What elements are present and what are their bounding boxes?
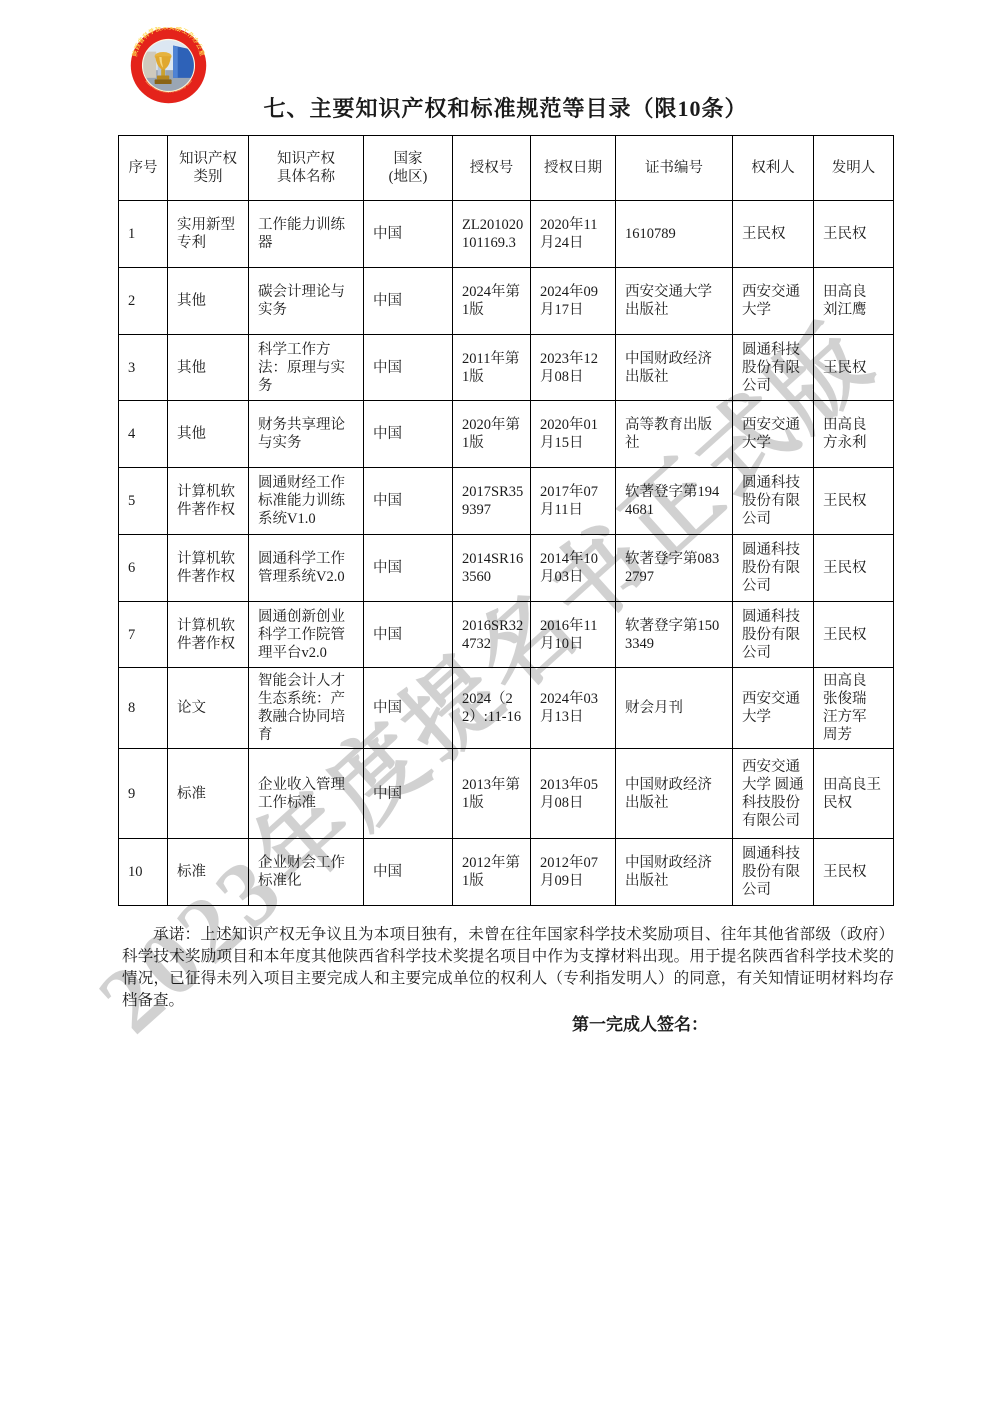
table-cell: 5 — [119, 468, 168, 535]
table-cell: 圆通科技股份有限公司 — [733, 468, 814, 535]
table-cell: 2017年07月11日 — [531, 468, 616, 535]
table-header-cell: 发明人 — [814, 136, 894, 201]
table-cell: 中国 — [364, 602, 453, 668]
table-cell: 王民权 — [814, 201, 894, 268]
table-cell: 1 — [119, 201, 168, 268]
table-cell: 2013年第1版 — [453, 749, 531, 839]
table-cell: 中国 — [364, 749, 453, 839]
table-cell: ZL201020101169.3 — [453, 201, 531, 268]
table-row: 2其他碳会计理论与实务中国2024年第1版2024年09月17日西安交通大学出版… — [119, 268, 894, 335]
table-cell: 圆通财经工作标准能力训练系统V1.0 — [249, 468, 364, 535]
table-header-row: 序号知识产权 类别知识产权 具体名称国家 (地区)授权号授权日期证书编号权利人发… — [119, 136, 894, 201]
table-row: 9标准企业收入管理工作标准中国2013年第1版2013年05月08日中国财政经济… — [119, 749, 894, 839]
table-cell: 论文 — [168, 668, 249, 749]
table-cell: 西安交通大学 — [733, 668, 814, 749]
table-cell: 王民权 — [733, 201, 814, 268]
table-cell: 2020年11月24日 — [531, 201, 616, 268]
table-cell: 2020年01月15日 — [531, 401, 616, 468]
table-cell: 碳会计理论与实务 — [249, 268, 364, 335]
table-cell: 2014年10月03日 — [531, 535, 616, 602]
table-cell: 2016SR324732 — [453, 602, 531, 668]
table-cell: 中国 — [364, 335, 453, 401]
table-cell: 2023年12月08日 — [531, 335, 616, 401]
table-cell: 标准 — [168, 839, 249, 906]
table-cell: 中国 — [364, 668, 453, 749]
table-cell: 2012年07月09日 — [531, 839, 616, 906]
table-cell: 王民权 — [814, 335, 894, 401]
table-cell: 6 — [119, 535, 168, 602]
table-cell: 智能会计人才生态系统：产教融合协同培育 — [249, 668, 364, 749]
table-row: 8论文智能会计人才生态系统：产教融合协同培育中国2024（22）:11-1620… — [119, 668, 894, 749]
table-cell: 2 — [119, 268, 168, 335]
table-cell: 企业财会工作标准化 — [249, 839, 364, 906]
table-cell: 4 — [119, 401, 168, 468]
table-cell: 2024年第1版 — [453, 268, 531, 335]
table-cell: 西安交通大学 — [733, 268, 814, 335]
table-header-cell: 证书编号 — [616, 136, 733, 201]
table-cell: 中国 — [364, 401, 453, 468]
table-cell: 2011年第1版 — [453, 335, 531, 401]
table-cell: 圆通科学工作管理系统V2.0 — [249, 535, 364, 602]
table-header-cell: 知识产权 具体名称 — [249, 136, 364, 201]
table-cell: 中国 — [364, 201, 453, 268]
table-cell: 3 — [119, 335, 168, 401]
table-row: 1实用新型专利工作能力训练器中国ZL201020101169.32020年11月… — [119, 201, 894, 268]
table-cell: 中国 — [364, 268, 453, 335]
table-header-cell: 知识产权 类别 — [168, 136, 249, 201]
table-cell: 计算机软件著作权 — [168, 602, 249, 668]
table-cell: 圆通科技股份有限公司 — [733, 839, 814, 906]
table-row: 5计算机软件著作权圆通财经工作标准能力训练系统V1.0中国2017SR35939… — [119, 468, 894, 535]
table-cell: 财会月刊 — [616, 668, 733, 749]
table-header-cell: 权利人 — [733, 136, 814, 201]
ip-table-body: 1实用新型专利工作能力训练器中国ZL201020101169.32020年11月… — [119, 201, 894, 906]
table-cell: 1610789 — [616, 201, 733, 268]
document-page: 2023年度提名书正式版 — [0, 0, 990, 1401]
ip-table: 序号知识产权 类别知识产权 具体名称国家 (地区)授权号授权日期证书编号权利人发… — [118, 135, 894, 906]
table-cell: 2014SR163560 — [453, 535, 531, 602]
table-row: 3其他科学工作方法：原理与实务中国2011年第1版2023年12月08日中国财政… — [119, 335, 894, 401]
table-cell: 8 — [119, 668, 168, 749]
table-cell: 中国财政经济出版社 — [616, 749, 733, 839]
table-cell: 圆通科技股份有限公司 — [733, 535, 814, 602]
table-cell: 7 — [119, 602, 168, 668]
table-cell: 企业收入管理工作标准 — [249, 749, 364, 839]
table-cell: 2017SR359397 — [453, 468, 531, 535]
table-cell: 田高良 方永利 — [814, 401, 894, 468]
table-cell: 中国财政经济出版社 — [616, 335, 733, 401]
table-row: 7计算机软件著作权圆通创新创业科学工作院管理平台v2.0中国2016SR3247… — [119, 602, 894, 668]
table-row: 6计算机软件著作权圆通科学工作管理系统V2.0中国2014SR163560201… — [119, 535, 894, 602]
table-cell: 2020年第1版 — [453, 401, 531, 468]
pledge-paragraph: 承诺：上述知识产权无争议且为本项目独有，未曾在往年国家科学技术奖励项目、往年其他… — [122, 924, 894, 1012]
table-cell: 工作能力训练器 — [249, 201, 364, 268]
table-cell: 其他 — [168, 401, 249, 468]
table-cell: 西安交通大学 — [733, 401, 814, 468]
ip-table-head: 序号知识产权 类别知识产权 具体名称国家 (地区)授权号授权日期证书编号权利人发… — [119, 136, 894, 201]
table-cell: 软著登字第1944681 — [616, 468, 733, 535]
table-header-cell: 授权号 — [453, 136, 531, 201]
table-cell: 中国 — [364, 468, 453, 535]
page-title: 七、主要知识产权和标准规范等目录（限10条） — [118, 92, 893, 123]
table-cell: 高等教育出版社 — [616, 401, 733, 468]
table-row: 4其他财务共享理论与实务中国2020年第1版2020年01月15日高等教育出版社… — [119, 401, 894, 468]
table-cell: 计算机软件著作权 — [168, 535, 249, 602]
signature-label: 第一完成人签名： — [572, 1010, 708, 1035]
table-header-cell: 序号 — [119, 136, 168, 201]
table-cell: 中国 — [364, 535, 453, 602]
table-cell: 中国 — [364, 839, 453, 906]
table-cell: 西安交通大学 圆通科技股份有限公司 — [733, 749, 814, 839]
table-cell: 10 — [119, 839, 168, 906]
table-cell: 2016年11月10日 — [531, 602, 616, 668]
table-cell: 软著登字第0832797 — [616, 535, 733, 602]
table-cell: 计算机软件著作权 — [168, 468, 249, 535]
table-cell: 圆通科技股份有限公司 — [733, 602, 814, 668]
table-cell: 财务共享理论与实务 — [249, 401, 364, 468]
table-row: 10标准企业财会工作标准化中国2012年第1版2012年07月09日中国财政经济… — [119, 839, 894, 906]
table-cell: 王民权 — [814, 535, 894, 602]
table-cell: 圆通创新创业科学工作院管理平台v2.0 — [249, 602, 364, 668]
table-cell: 西安交通大学出版社 — [616, 268, 733, 335]
table-header-cell: 国家 (地区) — [364, 136, 453, 201]
table-cell: 田高良 张俊瑞 汪方军 周芳 — [814, 668, 894, 749]
table-cell: 2013年05月08日 — [531, 749, 616, 839]
table-header-cell: 授权日期 — [531, 136, 616, 201]
table-cell: 中国财政经济出版社 — [616, 839, 733, 906]
table-cell: 王民权 — [814, 468, 894, 535]
table-cell: 圆通科技股份有限公司 — [733, 335, 814, 401]
table-cell: 王民权 — [814, 602, 894, 668]
table-cell: 2012年第1版 — [453, 839, 531, 906]
table-cell: 田高良王民权 — [814, 749, 894, 839]
table-cell: 王民权 — [814, 839, 894, 906]
table-cell: 2024年03月13日 — [531, 668, 616, 749]
table-cell: 科学工作方法：原理与实务 — [249, 335, 364, 401]
table-cell: 其他 — [168, 335, 249, 401]
table-cell: 9 — [119, 749, 168, 839]
table-cell: 软著登字第1503349 — [616, 602, 733, 668]
table-cell: 2024年09月17日 — [531, 268, 616, 335]
table-cell: 标准 — [168, 749, 249, 839]
table-cell: 田高良 刘江鹰 — [814, 268, 894, 335]
table-cell: 实用新型专利 — [168, 201, 249, 268]
table-cell: 其他 — [168, 268, 249, 335]
table-cell: 2024（22）:11-16 — [453, 668, 531, 749]
